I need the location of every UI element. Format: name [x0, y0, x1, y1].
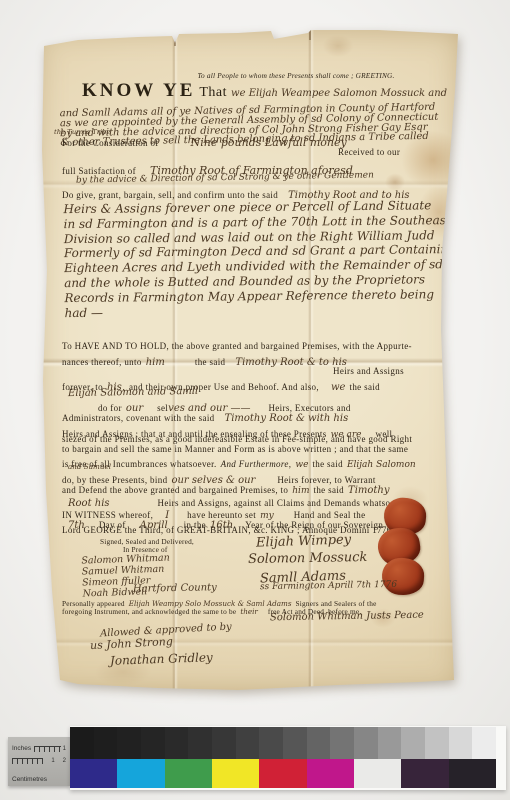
- received-line: Received to our: [338, 147, 400, 157]
- color-patch: [212, 759, 259, 788]
- habendum-line-2: nances thereof, unto him the said Timoth…: [62, 352, 347, 370]
- grayscale-step: [354, 727, 378, 759]
- print-text: nances thereof, unto: [62, 357, 142, 367]
- cm-number: 2: [63, 758, 66, 764]
- habendum-line-1: To HAVE AND TO HOLD, the above granted a…: [62, 341, 412, 351]
- inch-number: 1: [63, 746, 66, 752]
- script-insert: we: [295, 460, 308, 470]
- centimetres-label: Centimetres: [12, 776, 47, 783]
- script-insert: we: [331, 382, 345, 393]
- paper-surface: To all People to whom these Presents sha…: [38, 30, 460, 692]
- color-patch: [70, 759, 117, 788]
- inch-ruler-ticks: [34, 746, 61, 752]
- parcel-description-block: Heirs & Assigns forever one piece or Per…: [63, 198, 472, 321]
- print-text: foregoing Instrument, and acknowledged t…: [62, 607, 236, 616]
- inches-ruler-row: Inches 1: [12, 740, 66, 752]
- cm-number: 1: [51, 758, 54, 764]
- grayscale-step: [472, 727, 496, 759]
- tear-mark: [174, 34, 176, 46]
- color-calibration-bar: [70, 726, 506, 790]
- color-patch: [259, 759, 306, 788]
- centimetres-label-row: Centimetres: [12, 768, 66, 786]
- color-patch: [401, 759, 448, 788]
- script-insert: Timothy Root & with his: [225, 413, 349, 424]
- consideration-value: Nine pounds Lawfull money: [191, 136, 347, 149]
- grayscale-step: [283, 727, 307, 759]
- print-text: the said: [312, 459, 343, 469]
- color-patch: [307, 759, 354, 788]
- grayscale-step: [378, 727, 402, 759]
- grayscale-step: [212, 727, 236, 759]
- deed-paper: To all People to whom these Presents sha…: [38, 30, 460, 692]
- inches-label: Inches: [12, 745, 31, 752]
- grantors-script: we Elijah Weampee Salomon Mossuck and: [231, 88, 447, 99]
- covenant-line-3: to bargain and sell the same in Manner a…: [62, 444, 408, 454]
- color-patch-strip: [70, 759, 496, 788]
- heirs-assigns-right: Heirs and Assigns: [333, 366, 404, 376]
- photo-backdrop: To all People to whom these Presents sha…: [0, 0, 510, 800]
- grayscale-step: [94, 727, 118, 759]
- color-patch: [165, 759, 212, 788]
- centimetre-ruler-row: 1 2: [12, 752, 66, 764]
- know-ye-heading: KNOW YE: [82, 80, 195, 101]
- print-text: the said: [195, 357, 226, 367]
- covenant-line-2: siezed of the Premises, as a good indefe…: [62, 434, 412, 444]
- know-ye-line: KNOW YE That we Elijah Weampee Salomon M…: [82, 80, 447, 102]
- justice-signature: Solomon Whitman Justs Peace: [270, 610, 424, 624]
- grantor-signature: Elijah Wimpey: [256, 532, 352, 550]
- grayscale-step: [401, 727, 425, 759]
- script-insert: Elijah Salomon: [347, 460, 416, 470]
- color-patch: [354, 759, 401, 788]
- grayscale-step: [449, 727, 473, 759]
- consideration-line: For the Consideration of Nine pounds Law…: [62, 133, 347, 151]
- color-patch: [117, 759, 164, 788]
- script-insert: their: [240, 607, 258, 616]
- color-patch: [449, 759, 496, 788]
- approval-signature: Jonathan Gridley: [110, 650, 213, 668]
- grayscale-step: [425, 727, 449, 759]
- print-text: the said: [349, 382, 380, 392]
- script-insert: Timothy Root & to his: [235, 357, 347, 368]
- print-text: Do give, grant, bargain, sell, and confi…: [62, 190, 278, 200]
- grayscale-step: [141, 727, 165, 759]
- tear-mark: [309, 30, 311, 40]
- grayscale-strip: [70, 727, 496, 759]
- salutation-line: To all People to whom these Presents sha…: [146, 71, 446, 80]
- wax-seal: [381, 557, 425, 597]
- print-text: For the Consideration of: [62, 138, 159, 148]
- grayscale-step: [236, 727, 260, 759]
- place-date-script: ss Farmington Aprill 7th 1776: [260, 580, 397, 592]
- grayscale-step: [117, 727, 141, 759]
- grayscale-step: [330, 727, 354, 759]
- grayscale-step: [188, 727, 212, 759]
- grayscale-step: [307, 727, 331, 759]
- that-word: That: [199, 85, 227, 100]
- grayscale-step: [259, 727, 283, 759]
- cm-ruler-ticks: [12, 758, 43, 764]
- grayscale-step: [70, 727, 94, 759]
- scale-card: Inches 1 1 2 Centimetres: [8, 737, 70, 786]
- grantor-signature: Solomon Mossuck: [248, 550, 368, 567]
- script-insert: him: [146, 357, 165, 368]
- print-text: Administrators, covenant with the said: [62, 413, 215, 423]
- print-italic-text: And Furthermore,: [221, 459, 292, 469]
- grayscale-step: [165, 727, 189, 759]
